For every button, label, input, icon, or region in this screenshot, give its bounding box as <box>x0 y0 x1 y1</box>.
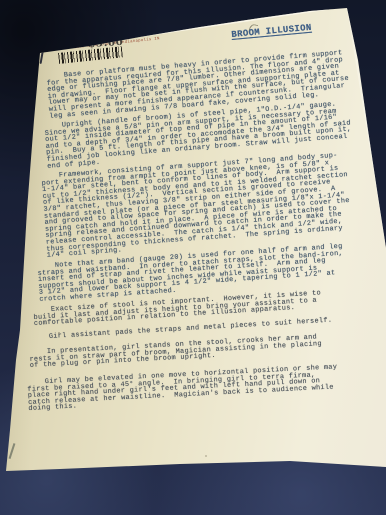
page-title: BROOM ILLUSION <box>231 23 312 40</box>
document-body: Base or platform must be heavy in order … <box>46 74 376 417</box>
paper-crease <box>9 443 15 459</box>
typed-page: LOT 59951 1517 State St W Indpls Indiana… <box>0 0 386 515</box>
photo-of-document: LOT 59951 1517 State St W Indpls Indiana… <box>0 0 386 515</box>
paragraph-8: Girl may be elevated in one move to hori… <box>27 362 377 413</box>
